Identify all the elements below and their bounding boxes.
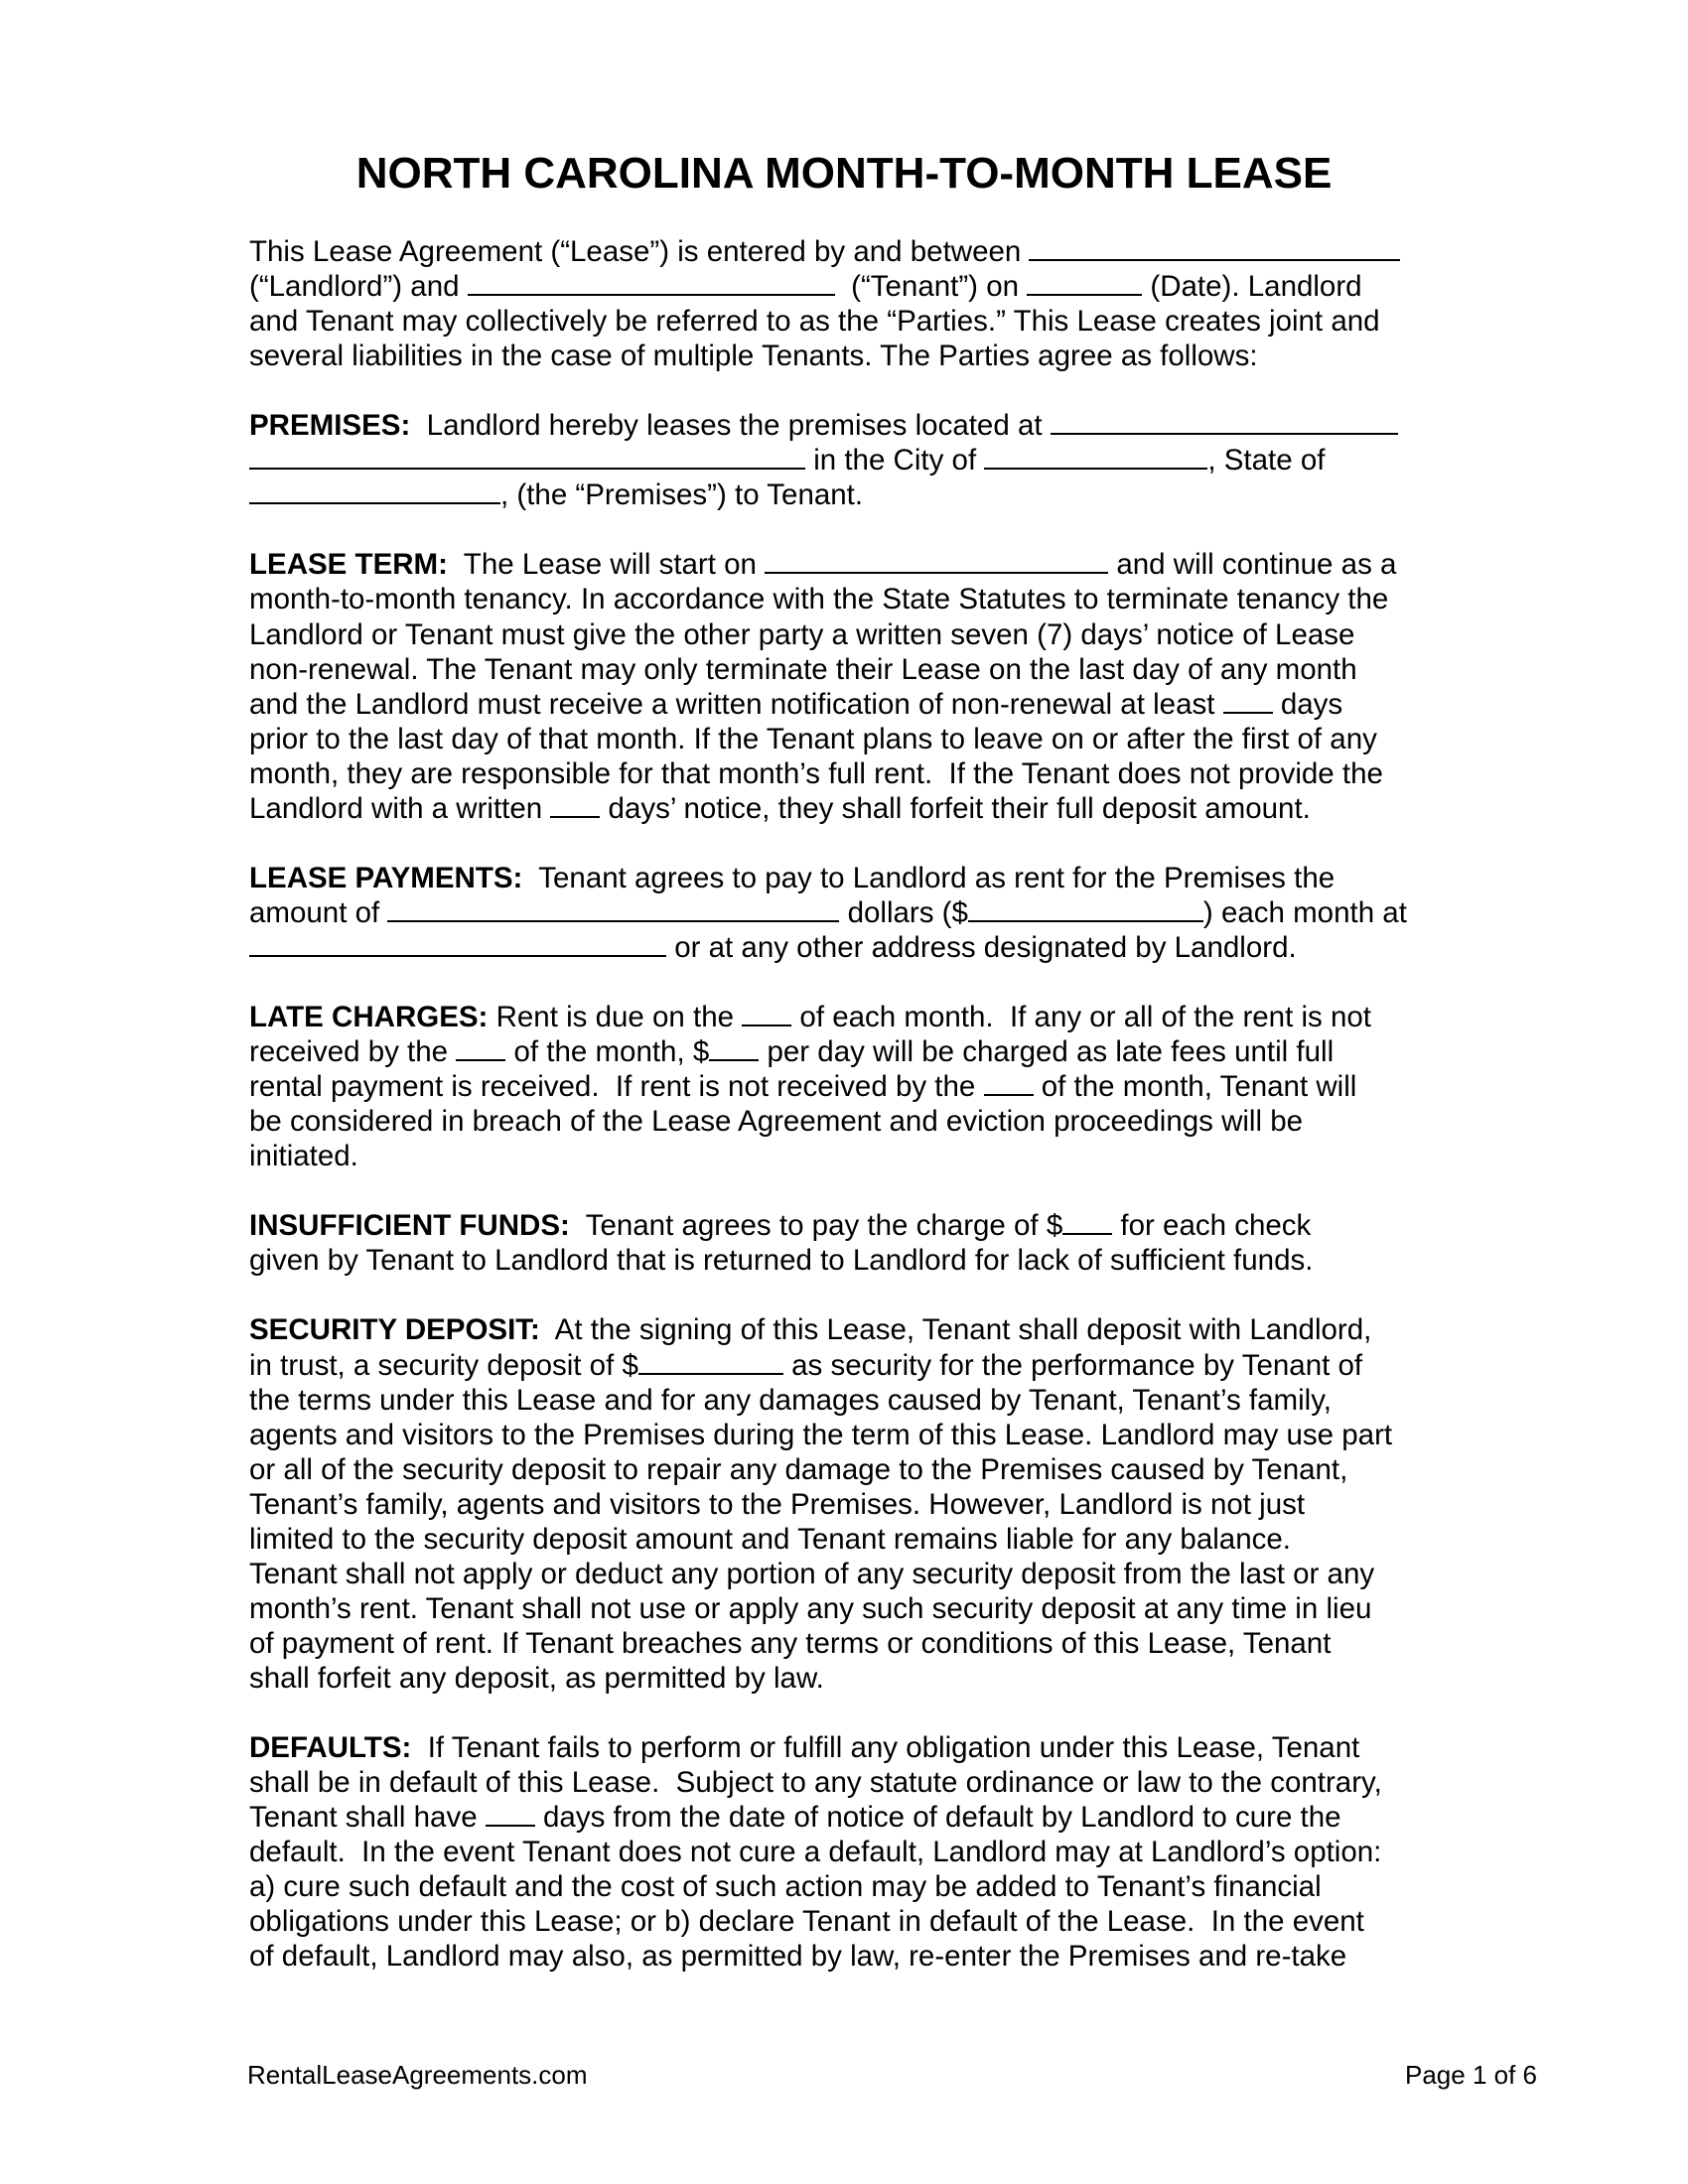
text-line: month’s rent. Tenant shall not use or ap…	[249, 1591, 1441, 1626]
text-line: agents and visitors to the Premises duri…	[249, 1418, 1441, 1452]
blank-field-premises-address[interactable]	[1051, 408, 1398, 435]
text-line: PREMISES: Landlord hereby leases the pre…	[249, 408, 1441, 443]
text-segment: received by the	[249, 1035, 456, 1068]
blank-field-breach-day[interactable]	[984, 1069, 1034, 1096]
text-line: rental payment is received. If rent is n…	[249, 1069, 1441, 1104]
text-segment: obligations under this Lease; or b) decl…	[249, 1905, 1364, 1938]
text-segment: days’ notice, they shall forfeit their f…	[600, 792, 1310, 825]
blank-field-payment-address[interactable]	[249, 930, 666, 957]
text-segment: Tenant’s family, agents and visitors to …	[249, 1488, 1305, 1521]
text-line: or all of the security deposit to repair…	[249, 1452, 1441, 1487]
text-line: INSUFFICIENT FUNDS: Tenant agrees to pay…	[249, 1208, 1441, 1243]
blank-field-premises-address-cont[interactable]	[249, 443, 805, 470]
text-segment: default. In the event Tenant does not cu…	[249, 1836, 1381, 1868]
text-segment: At the signing of this Lease, Tenant sha…	[540, 1313, 1371, 1346]
blank-field-rent-amount-number[interactable]	[968, 895, 1203, 922]
text-segment: per day will be charged as late fees unt…	[759, 1035, 1334, 1068]
text-line: the terms under this Lease and for any d…	[249, 1383, 1441, 1418]
text-line: a) cure such default and the cost of suc…	[249, 1869, 1441, 1904]
text-line: in the City of , State of	[249, 443, 1441, 478]
text-line: Landlord with a written days’ notice, th…	[249, 791, 1441, 826]
blank-field-tenant-name[interactable]	[468, 269, 835, 296]
section-security-deposit: SECURITY DEPOSIT: At the signing of this…	[249, 1312, 1441, 1696]
paragraph-gap	[249, 965, 1441, 1000]
text-line: in trust, a security deposit of $ as sec…	[249, 1348, 1441, 1383]
blank-field-rent-due-day[interactable]	[742, 1000, 791, 1026]
text-segment: and the Landlord must receive a written …	[249, 688, 1223, 721]
text-line: limited to the security deposit amount a…	[249, 1522, 1441, 1557]
paragraph-gap	[249, 1173, 1441, 1208]
text-line: SECURITY DEPOSIT: At the signing of this…	[249, 1312, 1441, 1347]
text-segment: as security for the performance by Tenan…	[783, 1349, 1362, 1382]
text-segment: Tenant shall have	[249, 1801, 486, 1834]
text-segment: , State of	[1207, 444, 1325, 477]
text-segment: shall forfeit any deposit, as permitted …	[249, 1662, 824, 1695]
text-segment: month-to-month tenancy. In accordance wi…	[249, 583, 1388, 615]
section-heading: DEFAULTS:	[249, 1731, 411, 1764]
blank-field-landlord-name[interactable]	[1029, 234, 1400, 261]
text-segment: (“Tenant”) on	[835, 270, 1027, 303]
text-line: DEFAULTS: If Tenant fails to perform or …	[249, 1730, 1441, 1765]
text-segment: (“Landlord”) and	[249, 270, 468, 303]
text-line: several liabilities in the case of multi…	[249, 339, 1441, 373]
text-segment: Tenant agrees to pay the charge of $	[570, 1209, 1062, 1242]
text-segment: (Date). Landlord	[1142, 270, 1361, 303]
section-intro: This Lease Agreement (“Lease”) is entere…	[249, 234, 1441, 373]
text-segment: of the month, $	[505, 1035, 709, 1068]
footer-page-number: Page 1 of 6	[1405, 2060, 1537, 2090]
blank-field-premises-state[interactable]	[249, 478, 500, 504]
text-segment: non-renewal. The Tenant may only termina…	[249, 653, 1357, 686]
text-segment: Tenant agrees to pay to Landlord as rent…	[522, 862, 1335, 894]
text-segment: the terms under this Lease and for any d…	[249, 1384, 1332, 1417]
text-segment: Tenant shall not apply or deduct any por…	[249, 1558, 1374, 1590]
blank-field-late-fee-per-day[interactable]	[709, 1034, 759, 1061]
text-line: of payment of rent. If Tenant breaches a…	[249, 1626, 1441, 1661]
text-segment: or all of the security deposit to repair…	[249, 1453, 1347, 1486]
section-heading: PREMISES:	[249, 409, 410, 442]
blank-field-late-after-day[interactable]	[456, 1034, 505, 1061]
text-line: This Lease Agreement (“Lease”) is entere…	[249, 234, 1441, 269]
text-segment: This Lease Agreement (“Lease”) is entere…	[249, 235, 1029, 268]
text-segment: for each check	[1112, 1209, 1311, 1242]
text-segment: prior to the last day of that month. If …	[249, 723, 1377, 755]
text-segment: month’s rent. Tenant shall not use or ap…	[249, 1592, 1371, 1625]
text-line: Tenant shall have days from the date of …	[249, 1800, 1441, 1835]
text-segment: dollars ($	[839, 896, 968, 929]
text-line: month-to-month tenancy. In accordance wi…	[249, 582, 1441, 616]
section-lease-payments: LEASE PAYMENTS: Tenant agrees to pay to …	[249, 861, 1441, 965]
text-segment: Rent is due on the	[488, 1001, 742, 1033]
text-segment: Landlord hereby leases the premises loca…	[410, 409, 1050, 442]
text-segment: , (the “Premises”) to Tenant.	[500, 478, 863, 511]
text-segment: of default, Landlord may also, as permit…	[249, 1940, 1346, 1973]
text-segment: days from the date of notice of default …	[535, 1801, 1341, 1834]
text-segment: in the City of	[805, 444, 984, 477]
text-line: LATE CHARGES: Rent is due on the of each…	[249, 1000, 1441, 1034]
text-line: and Tenant may collectively be referred …	[249, 304, 1441, 339]
section-heading: LATE CHARGES:	[249, 1001, 488, 1033]
text-line: be considered in breach of the Lease Agr…	[249, 1104, 1441, 1139]
text-segment: in trust, a security deposit of $	[249, 1349, 638, 1382]
paragraph-gap	[249, 373, 1441, 408]
text-line: received by the of the month, $ per day …	[249, 1034, 1441, 1069]
text-line: (“Landlord”) and (“Tenant”) on (Date). L…	[249, 269, 1441, 304]
blank-field-nsf-charge[interactable]	[1062, 1208, 1112, 1235]
section-premises: PREMISES: Landlord hereby leases the pre…	[249, 408, 1441, 512]
text-line: and the Landlord must receive a written …	[249, 687, 1441, 722]
text-segment: given by Tenant to Landlord that is retu…	[249, 1244, 1313, 1277]
text-segment: rental payment is received. If rent is n…	[249, 1070, 984, 1103]
text-line: obligations under this Lease; or b) decl…	[249, 1904, 1441, 1939]
text-segment: of each month. If any or all of the rent…	[791, 1001, 1371, 1033]
text-segment: month, they are responsible for that mon…	[249, 757, 1383, 790]
blank-field-cure-days[interactable]	[486, 1800, 535, 1827]
text-line: Tenant’s family, agents and visitors to …	[249, 1487, 1441, 1522]
text-line: LEASE PAYMENTS: Tenant agrees to pay to …	[249, 861, 1441, 895]
text-line: amount of dollars ($) each month at	[249, 895, 1441, 930]
blank-field-rent-amount-words[interactable]	[387, 895, 839, 922]
text-segment: of the month, Tenant will	[1034, 1070, 1357, 1103]
text-segment: and will continue as a	[1108, 548, 1396, 581]
text-line: prior to the last day of that month. If …	[249, 722, 1441, 756]
paragraph-gap	[249, 1696, 1441, 1730]
text-segment: of payment of rent. If Tenant breaches a…	[249, 1627, 1331, 1660]
text-line: , (the “Premises”) to Tenant.	[249, 478, 1441, 512]
text-segment: limited to the security deposit amount a…	[249, 1523, 1291, 1556]
blank-field-written-notice-days[interactable]	[550, 791, 600, 818]
blank-field-security-deposit-amount[interactable]	[638, 1348, 783, 1375]
text-segment: Landlord with a written	[249, 792, 550, 825]
section-lease-term: LEASE TERM: The Lease will start on and …	[249, 547, 1441, 825]
footer-website: RentalLeaseAgreements.com	[247, 2060, 588, 2090]
blank-field-premises-city[interactable]	[984, 443, 1207, 470]
text-line: shall be in default of this Lease. Subje…	[249, 1765, 1441, 1800]
text-segment: several liabilities in the case of multi…	[249, 340, 1258, 372]
text-line: initiated.	[249, 1139, 1441, 1173]
section-heading: INSUFFICIENT FUNDS:	[249, 1209, 570, 1242]
text-segment: and Tenant may collectively be referred …	[249, 305, 1380, 338]
text-line: of default, Landlord may also, as permit…	[249, 1939, 1441, 1974]
text-line: non-renewal. The Tenant may only termina…	[249, 652, 1441, 687]
document-title: NORTH CAROLINA MONTH-TO-MONTH LEASE	[0, 149, 1688, 199]
text-segment: amount of	[249, 896, 387, 929]
text-line: month, they are responsible for that mon…	[249, 756, 1441, 791]
blank-field-notice-days[interactable]	[1223, 687, 1273, 714]
section-defaults: DEFAULTS: If Tenant fails to perform or …	[249, 1730, 1441, 1974]
text-line: Landlord or Tenant must give the other p…	[249, 617, 1441, 652]
text-segment: Landlord or Tenant must give the other p…	[249, 618, 1354, 651]
section-late-charges: LATE CHARGES: Rent is due on the of each…	[249, 1000, 1441, 1173]
text-segment: agents and visitors to the Premises duri…	[249, 1419, 1392, 1451]
text-segment: shall be in default of this Lease. Subje…	[249, 1766, 1382, 1799]
blank-field-lease-date[interactable]	[1027, 269, 1142, 296]
paragraph-gap	[249, 826, 1441, 861]
text-line: or at any other address designated by La…	[249, 930, 1441, 965]
text-line: Tenant shall not apply or deduct any por…	[249, 1557, 1441, 1591]
text-line: shall forfeit any deposit, as permitted …	[249, 1661, 1441, 1696]
paragraph-gap	[249, 1278, 1441, 1312]
text-line: default. In the event Tenant does not cu…	[249, 1835, 1441, 1869]
text-segment: The Lease will start on	[448, 548, 765, 581]
blank-field-start-date[interactable]	[765, 547, 1108, 574]
paragraph-gap	[249, 512, 1441, 547]
text-segment: be considered in breach of the Lease Agr…	[249, 1105, 1303, 1138]
lease-body: This Lease Agreement (“Lease”) is entere…	[249, 234, 1441, 1974]
text-segment: initiated.	[249, 1140, 358, 1172]
section-heading: LEASE PAYMENTS:	[249, 862, 522, 894]
text-segment: ) each month at	[1203, 896, 1407, 929]
text-segment: days	[1273, 688, 1343, 721]
text-segment: or at any other address designated by La…	[666, 931, 1297, 964]
text-segment: a) cure such default and the cost of suc…	[249, 1870, 1322, 1903]
text-line: given by Tenant to Landlord that is retu…	[249, 1243, 1441, 1278]
section-heading: LEASE TERM:	[249, 548, 448, 581]
text-line: LEASE TERM: The Lease will start on and …	[249, 547, 1441, 582]
text-segment: If Tenant fails to perform or fulfill an…	[411, 1731, 1359, 1764]
section-insufficient-funds: INSUFFICIENT FUNDS: Tenant agrees to pay…	[249, 1208, 1441, 1278]
section-heading: SECURITY DEPOSIT:	[249, 1313, 540, 1346]
